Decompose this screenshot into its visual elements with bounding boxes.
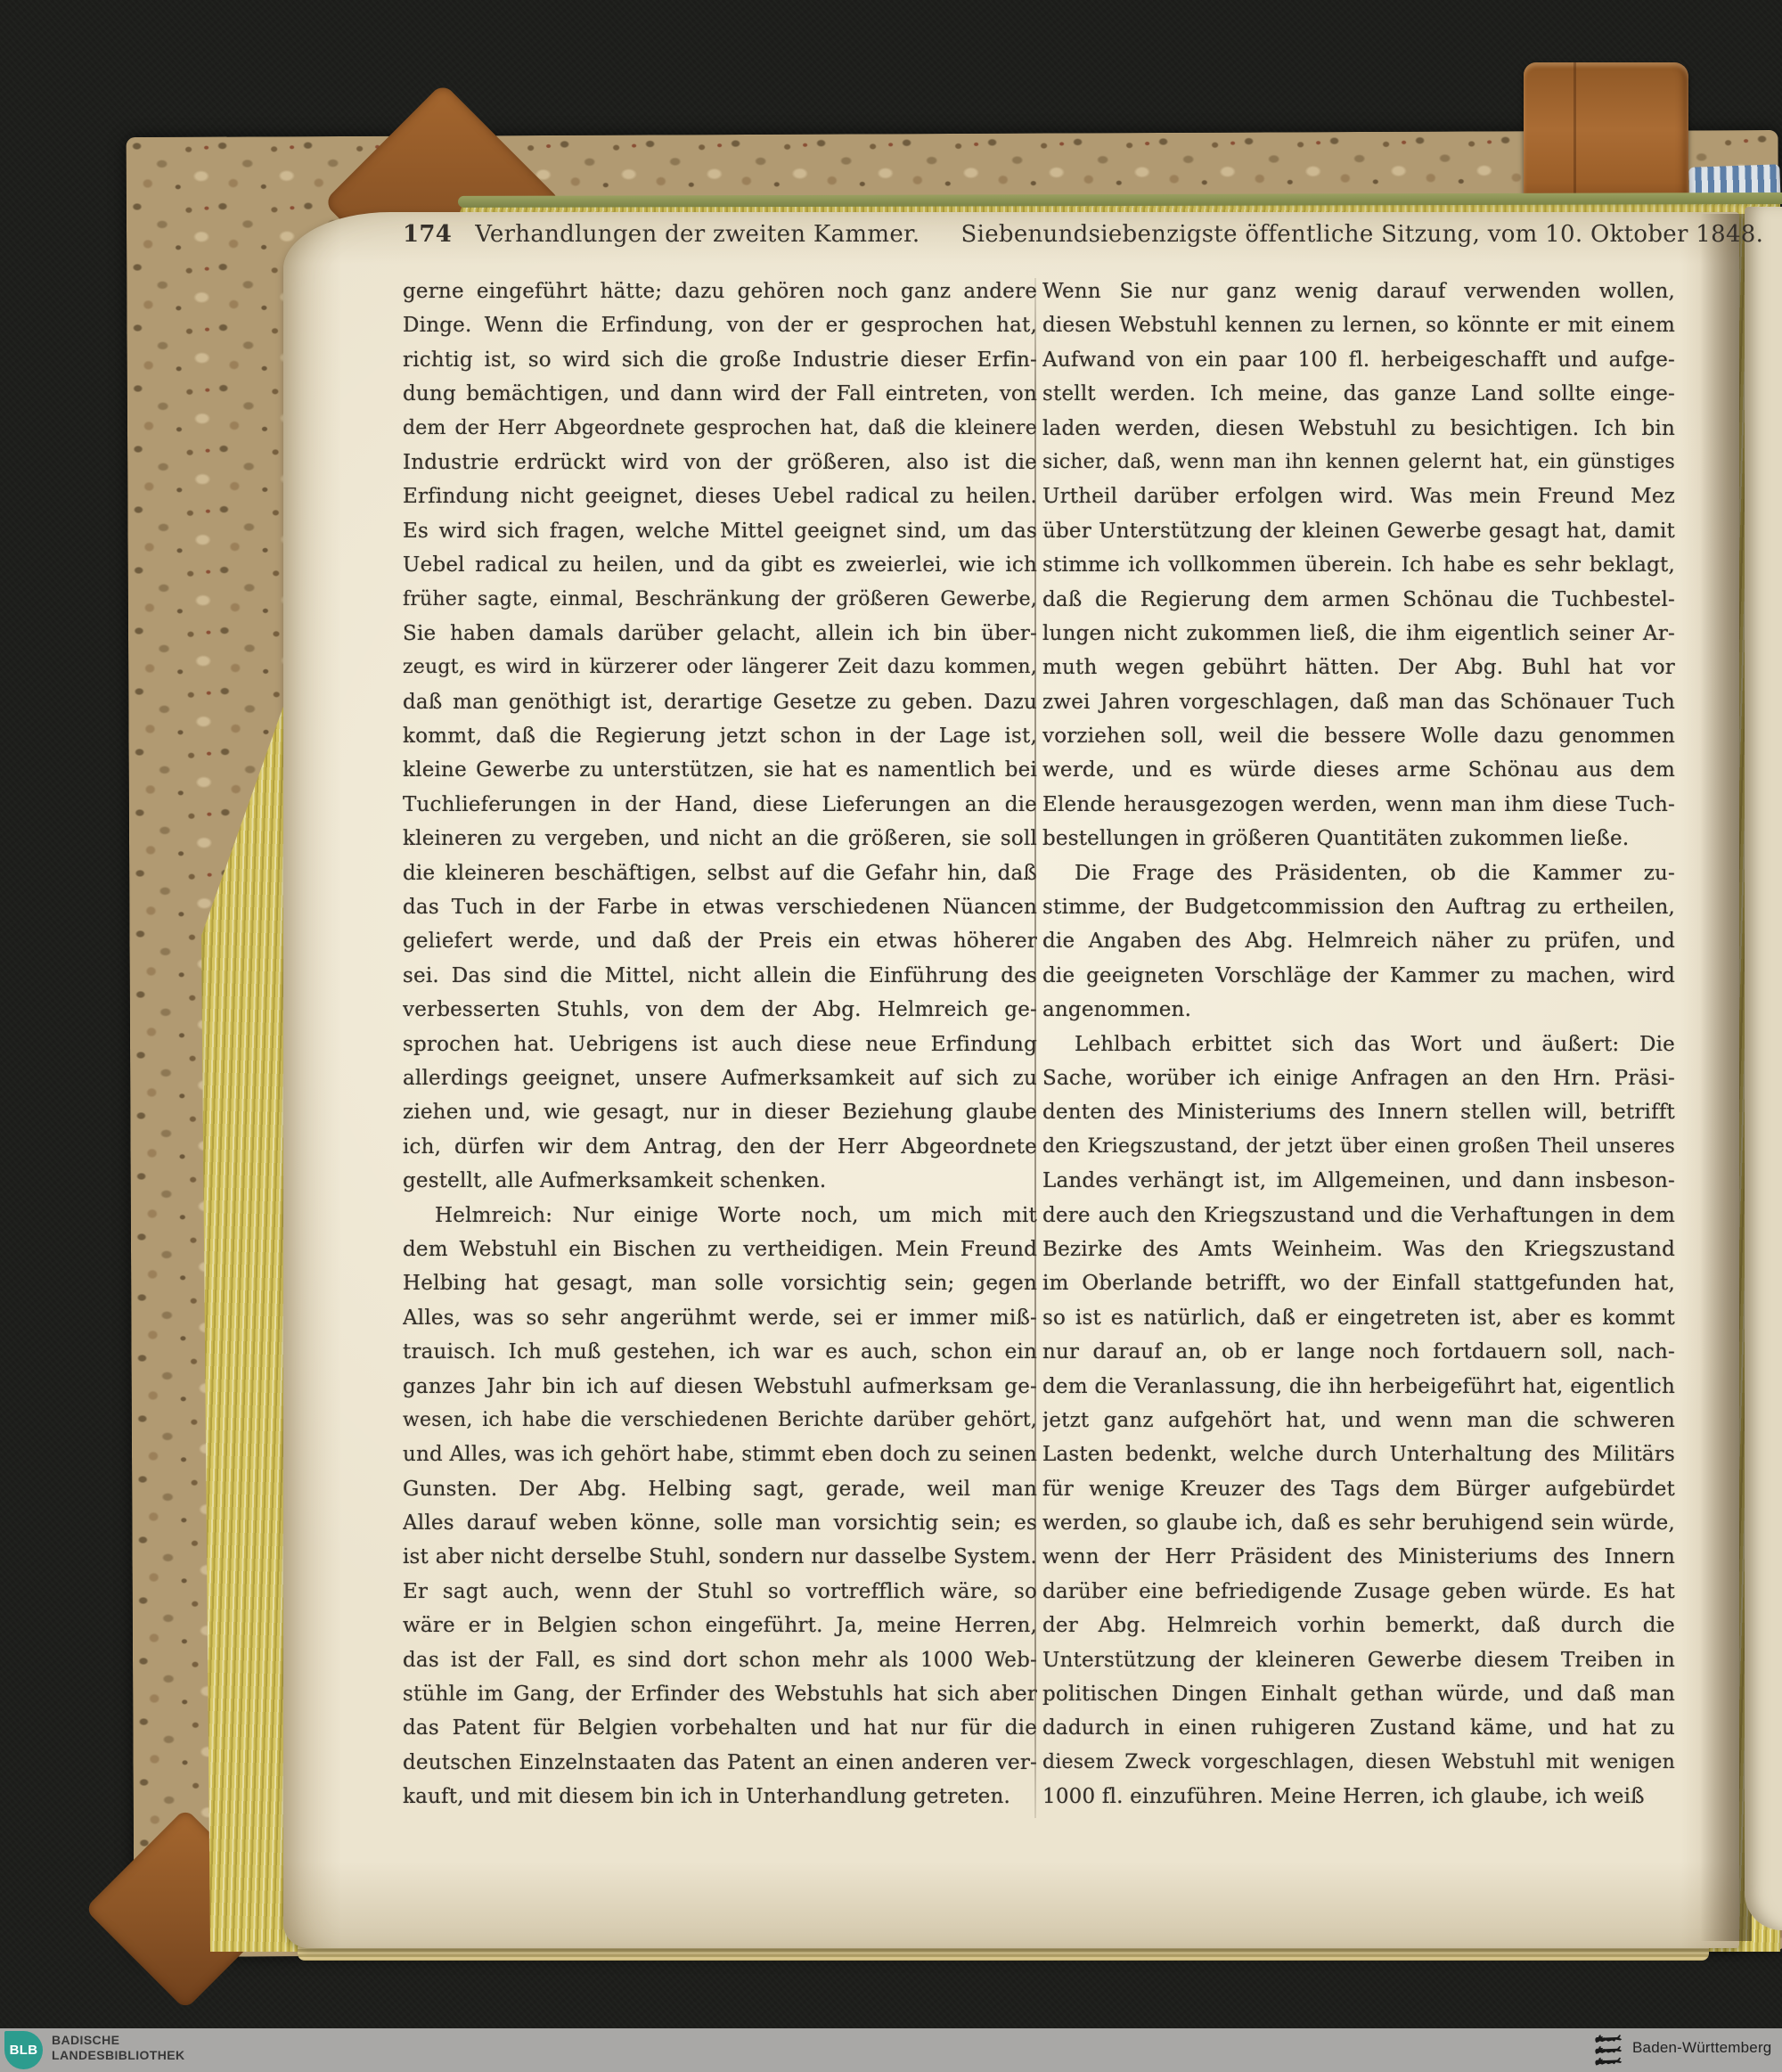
text-line: vorziehen soll, weil die bessere Wolle d… [1042, 719, 1675, 753]
text-line: 1000 fl. einzuführen. Meine Herren, ich … [1042, 1780, 1675, 1814]
text-line: stühle im Gang, der Erfinder des Webstuh… [403, 1677, 1037, 1711]
text-line: sicher, daß, wenn man ihn kennen gelernt… [1042, 446, 1675, 479]
text-line: denten des Ministeriums des Innern stell… [1042, 1095, 1675, 1129]
text-line: das ist der Fall, es sind dort schon meh… [403, 1643, 1037, 1677]
text-line: allerdings geeignet, unsere Aufmerksamke… [403, 1061, 1037, 1095]
text-line: stimme ich vollkommen überein. Ich habe … [1042, 548, 1675, 582]
text-line: Dinge. Wenn die Erfindung, von der er ge… [403, 308, 1037, 342]
text-line: sei. Das sind die Mittel, nicht allein d… [403, 959, 1037, 993]
text-line: Uebel radical zu heilen, und da gibt es … [403, 548, 1037, 582]
text-line: Sie haben damals darüber gelacht, allein… [403, 617, 1037, 651]
text-line: Helmreich: Nur einige Worte noch, um mic… [403, 1199, 1037, 1233]
volume-title: Verhandlungen der zweiten Kammer. [475, 221, 920, 248]
text-line: Elende herausgezogen werden, wenn man ih… [1042, 788, 1675, 822]
text-line: diesem Zweck vorgeschlagen, diesen Webst… [1042, 1746, 1675, 1780]
text-line: das Patent für Belgien vorbehalten und h… [403, 1711, 1037, 1745]
text-line: muth wegen gebührt hätten. Der Abg. Buhl… [1042, 651, 1675, 684]
text-line: über Unterstützung der kleinen Gewerbe g… [1042, 514, 1675, 548]
text-line: angenommen. [1042, 993, 1675, 1027]
text-line: Die Frage des Präsidenten, ob die Kammer… [1042, 856, 1675, 890]
text-line: daß die Regierung dem armen Schönau die … [1042, 583, 1675, 617]
text-column-left: gerne eingeführt hätte; dazu gehören noc… [403, 274, 1037, 1814]
text-line: nur darauf an, ob er lange noch fortdaue… [1042, 1335, 1675, 1369]
text-line: Bezirke des Amts Weinheim. Was den Krieg… [1042, 1233, 1675, 1266]
text-line: ist aber nicht derselbe Stuhl, sondern n… [403, 1540, 1037, 1574]
text-line: laden werden, diesen Webstuhl zu besicht… [1042, 412, 1675, 446]
text-column-right: Wenn Sie nur ganz wenig darauf verwenden… [1042, 274, 1675, 1814]
text-line: wenn der Herr Präsident des Ministeriums… [1042, 1540, 1675, 1574]
text-line: der Abg. Helmreich vorhin bemerkt, daß d… [1042, 1609, 1675, 1642]
text-line: früher sagte, einmal, Beschränkung der g… [403, 583, 1037, 617]
scanned-book-page-view: 174Verhandlungen der zweiten Kammer.Sieb… [0, 0, 1782, 2072]
library-name: BADISCHE LANDESBIBLIOTHEK [52, 2033, 185, 2063]
library-name-line2: LANDESBIBLIOTHEK [52, 2048, 185, 2063]
text-line: die Angaben des Abg. Helmreich näher zu … [1042, 924, 1675, 958]
blb-logo: BLB [4, 2031, 43, 2069]
text-line: im Oberlande betrifft, wo der Einfall st… [1042, 1266, 1675, 1300]
text-line: lungen nicht zukommen ließ, die ihm eige… [1042, 617, 1675, 651]
library-footer-bar: BLB BADISCHE LANDESBIBLIOTHEK Baden-Würt… [0, 2028, 1782, 2072]
text-line: diesen Webstuhl kennen zu lernen, so kön… [1042, 308, 1675, 342]
text-line: Wenn Sie nur ganz wenig darauf verwenden… [1042, 274, 1675, 308]
text-line: Lehlbach erbittet sich das Wort und äuße… [1042, 1028, 1675, 1061]
text-line: richtig ist, so wird sich die große Indu… [403, 343, 1037, 377]
text-line: ich, dürfen wir dem Antrag, den der Herr… [403, 1130, 1037, 1164]
book-spine-head [1524, 62, 1688, 212]
text-line: kleineren zu vergeben, und nicht an die … [403, 822, 1037, 856]
text-line: zwei Jahren vorgeschlagen, daß man das S… [1042, 685, 1675, 719]
text-line: Alles, was so sehr angerühmt werde, sei … [403, 1301, 1037, 1335]
blb-logo-text: BLB [10, 2043, 38, 2058]
text-line: Gunsten. Der Abg. Helbing sagt, gerade, … [403, 1472, 1037, 1506]
text-line: kommt, daß die Regierung jetzt schon in … [403, 719, 1037, 753]
page-header: 174Verhandlungen der zweiten Kammer.Sieb… [403, 221, 1588, 248]
text-line: dem Webstuhl ein Bischen zu vertheidigen… [403, 1233, 1037, 1266]
library-name-line1: BADISCHE [52, 2033, 185, 2048]
text-line: Urtheil darüber erfolgen wird. Was mein … [1042, 479, 1675, 513]
text-line: Tuchlieferungen in der Hand, diese Liefe… [403, 788, 1037, 822]
page-number: 174 [403, 221, 452, 248]
page-content: 174Verhandlungen der zweiten Kammer.Sieb… [283, 212, 1739, 1948]
text-line: daß man genöthigt ist, derartige Gesetze… [403, 685, 1037, 719]
text-line: dadurch in einen ruhigeren Zustand käme,… [1042, 1711, 1675, 1745]
state-name: Baden-Württemberg [1632, 2039, 1771, 2057]
text-line: gestellt, alle Aufmerksamkeit schenken. [403, 1164, 1037, 1198]
text-line: werden, so glaube ich, daß es sehr beruh… [1042, 1506, 1675, 1540]
text-line: so ist es natürlich, daß er eingetreten … [1042, 1301, 1675, 1335]
text-line: verbesserten Stuhls, von dem der Abg. He… [403, 993, 1037, 1027]
text-line: Aufwand von ein paar 100 fl. herbeigesch… [1042, 343, 1675, 377]
text-line: dung bemächtigen, und dann wird der Fall… [403, 377, 1037, 411]
text-line: und Alles, was ich gehört habe, stimmt e… [403, 1437, 1037, 1471]
text-line: Sache, worüber ich einige Anfragen an de… [1042, 1061, 1675, 1095]
text-line: Lasten bedenkt, welche durch Unterhaltun… [1042, 1437, 1675, 1471]
text-line: Unterstützung der kleineren Gewerbe dies… [1042, 1643, 1675, 1677]
text-line: die geeigneten Vorschläge der Kammer zu … [1042, 959, 1675, 993]
bw-lions-icon [1593, 2032, 1623, 2068]
text-line: Er sagt auch, wenn der Stuhl so vortreff… [403, 1575, 1037, 1609]
text-line: dere auch den Kriegszustand und die Verh… [1042, 1199, 1675, 1233]
text-line: Es wird sich fragen, welche Mittel geeig… [403, 514, 1037, 548]
text-line: stimme, der Budgetcommission den Auftrag… [1042, 890, 1675, 924]
text-line: ganzes Jahr bin ich auf diesen Webstuhl … [403, 1370, 1037, 1404]
text-line: jetzt ganz aufgehört hat, und wenn man d… [1042, 1404, 1675, 1437]
text-line: zeugt, es wird in kürzerer oder längerer… [403, 651, 1037, 684]
text-line: politischen Dingen Einhalt gethan würde,… [1042, 1677, 1675, 1711]
text-line: kauft, und mit diesem bin ich in Unterha… [403, 1780, 1037, 1814]
text-line: Landes verhängt ist, im Allgemeinen, und… [1042, 1164, 1675, 1198]
text-line: wesen, ich habe die verschiedenen Berich… [403, 1404, 1037, 1437]
text-line: dem der Herr Abgeordnete gesprochen hat,… [403, 412, 1037, 446]
text-line: stellt werden. Ich meine, das ganze Land… [1042, 377, 1675, 411]
text-line: für wenige Kreuzer des Tags dem Bürger a… [1042, 1472, 1675, 1506]
text-line: kleine Gewerbe zu unterstützen, sie hat … [403, 753, 1037, 787]
text-line: die kleineren beschäftigen, selbst auf d… [403, 856, 1037, 890]
text-line: gerne eingeführt hätte; dazu gehören noc… [403, 274, 1037, 308]
text-line: werde, und es würde dieses arme Schönau … [1042, 753, 1675, 787]
text-line: das Tuch in der Farbe in etwas verschied… [403, 890, 1037, 924]
text-line: Industrie erdrückt wird von der größeren… [403, 446, 1037, 479]
text-line: geliefert werde, und daß der Preis ein e… [403, 924, 1037, 958]
text-line: sprochen hat. Uebrigens ist auch diese n… [403, 1028, 1037, 1061]
text-line: bestellungen in größeren Quantitäten zuk… [1042, 822, 1675, 856]
text-line: Helbing hat gesagt, man solle vorsichtig… [403, 1266, 1037, 1300]
text-line: den Kriegszustand, der jetzt über einen … [1042, 1130, 1675, 1164]
session-title: Siebenundsiebenzigste öffentliche Sitzun… [960, 221, 1763, 248]
text-line: trauisch. Ich muß gestehen, ich war es a… [403, 1335, 1037, 1369]
text-line: darüber eine befriedigende Zusage geben … [1042, 1575, 1675, 1609]
text-line: ziehen und, wie gesagt, nur in dieser Be… [403, 1095, 1037, 1129]
text-line: deutschen Einzelnstaaten das Patent an e… [403, 1746, 1037, 1780]
text-line: Erfindung nicht geeignet, dieses Uebel r… [403, 479, 1037, 513]
facing-page-sliver [1745, 207, 1782, 1930]
text-line: wäre er in Belgien schon eingeführt. Ja,… [403, 1609, 1037, 1642]
text-line: Alles darauf weben könne, solle man vors… [403, 1506, 1037, 1540]
text-line: dem die Veranlassung, die ihn herbeigefü… [1042, 1370, 1675, 1404]
column-divider-rule [1034, 278, 1036, 1818]
